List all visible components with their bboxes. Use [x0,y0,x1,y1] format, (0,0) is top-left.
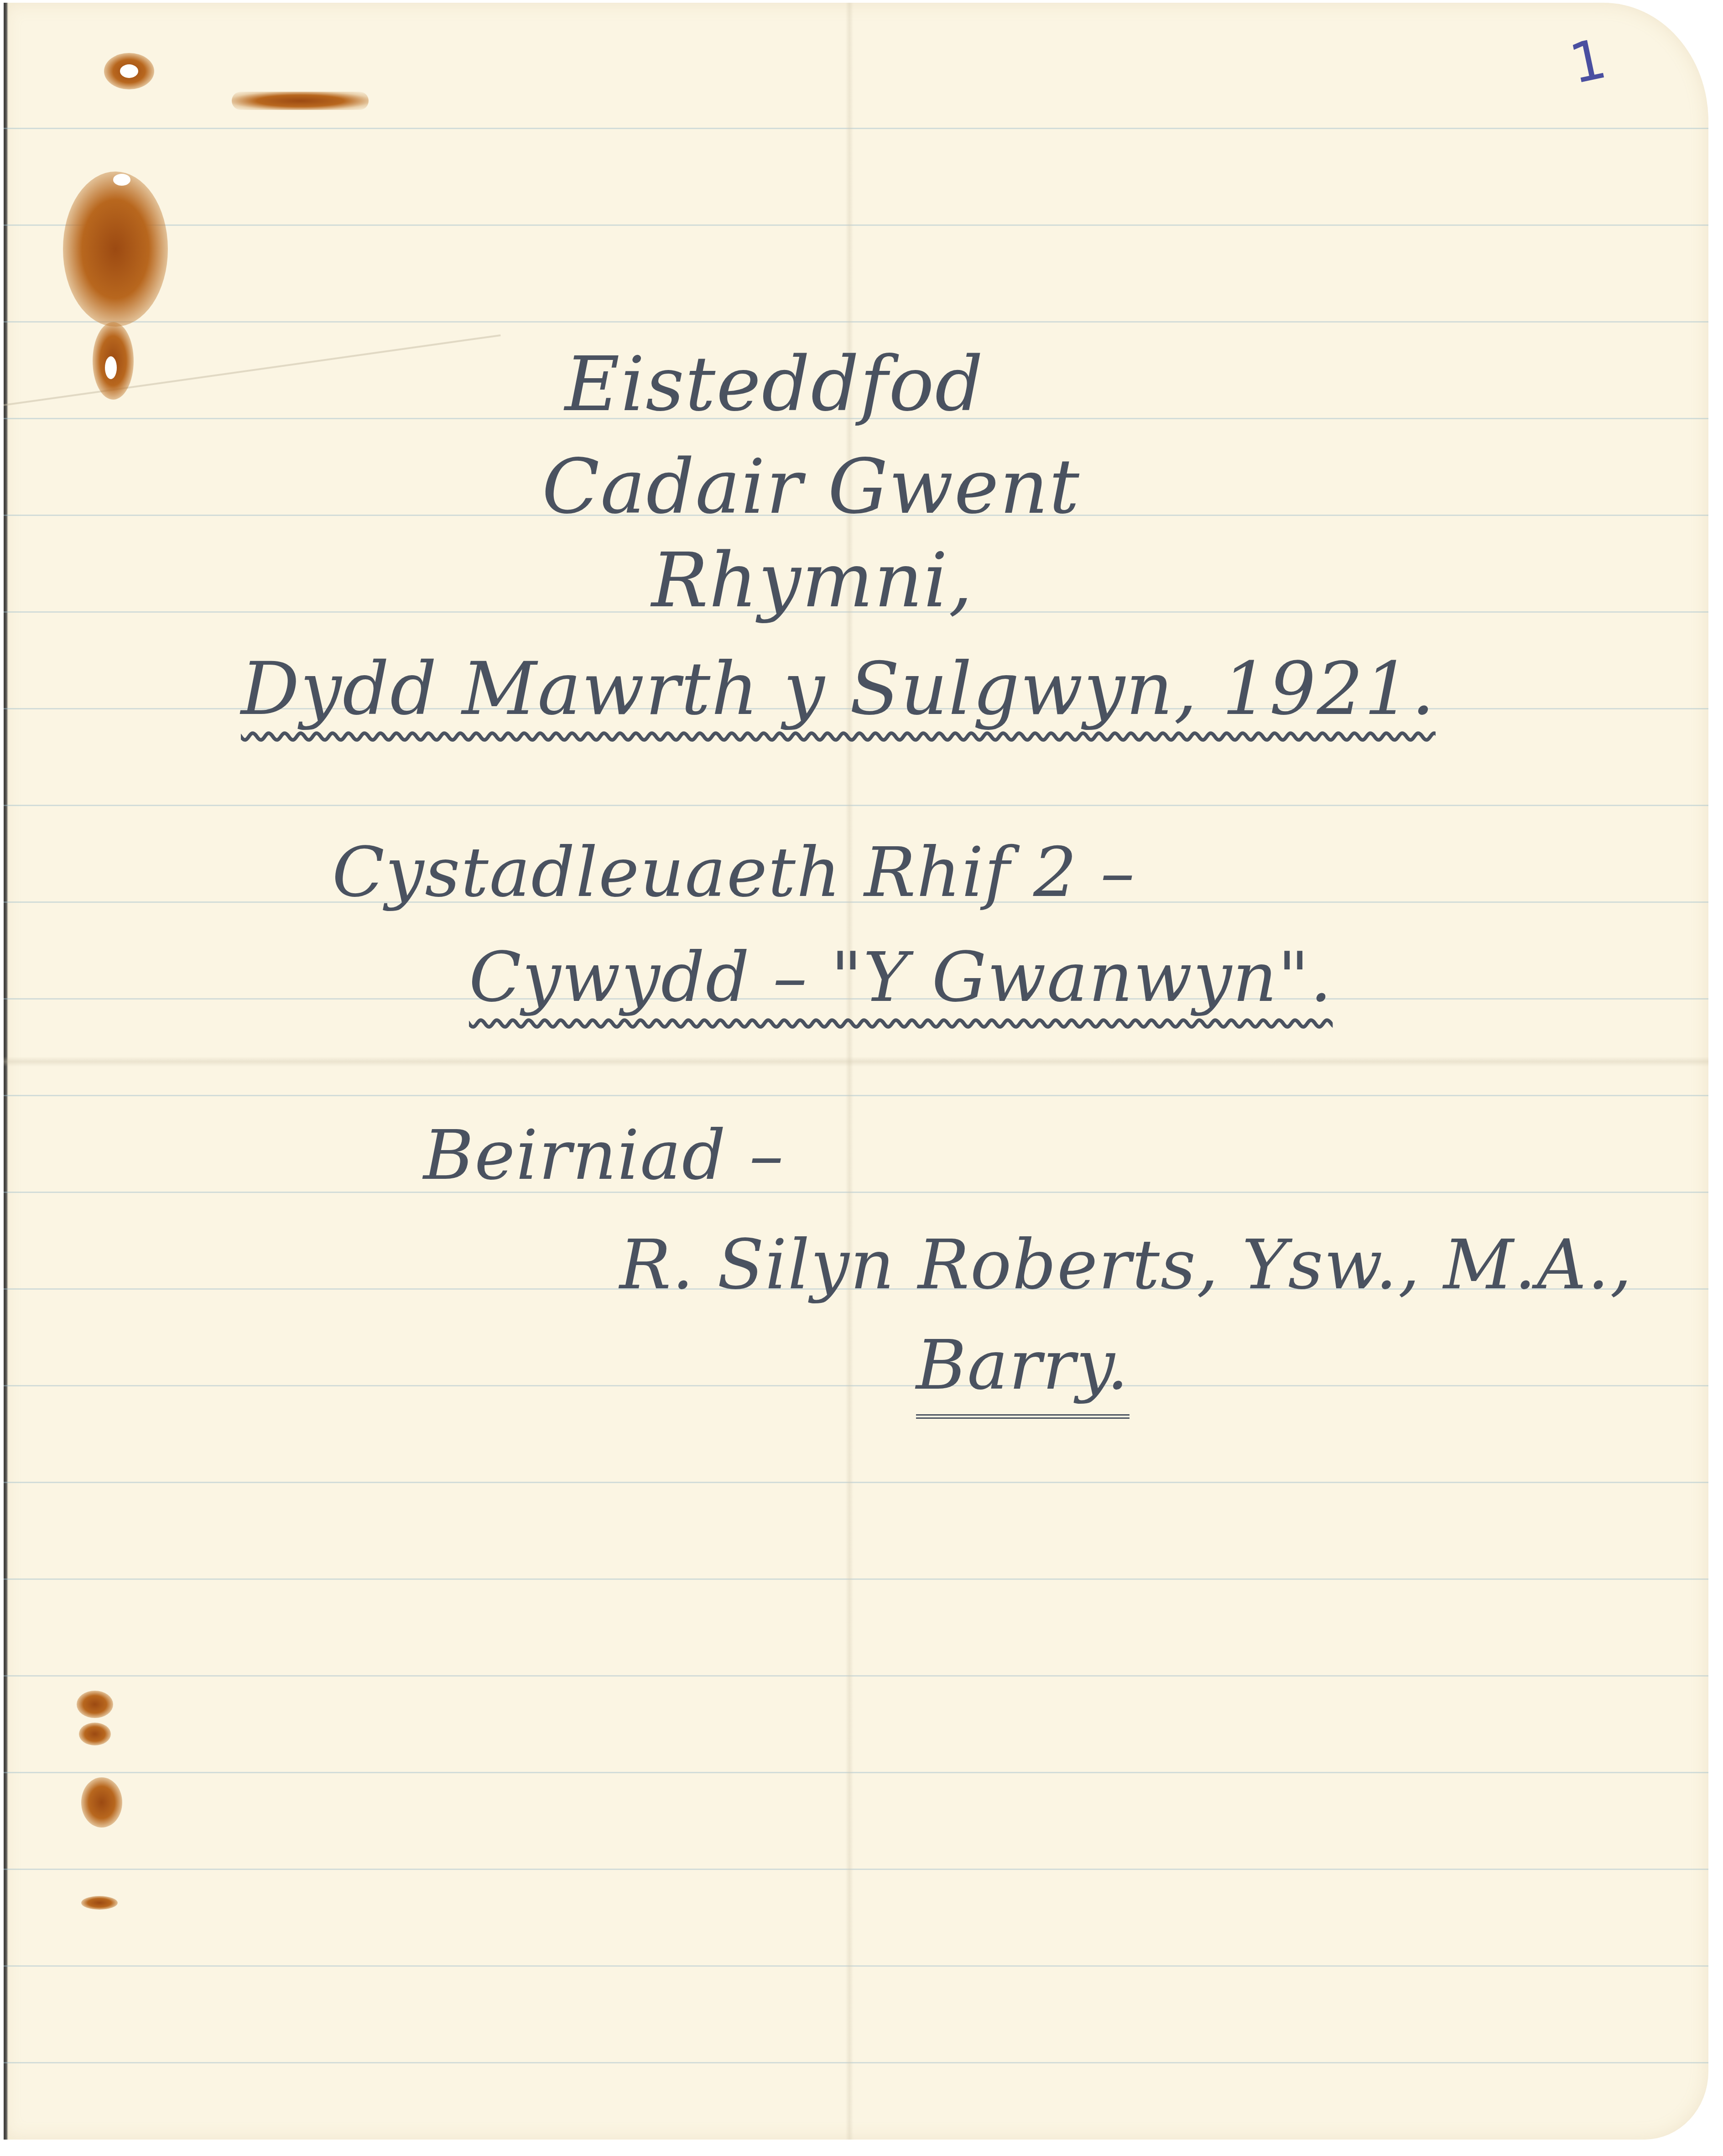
ruled-line [4,805,1708,806]
paper-crease [4,334,501,406]
rust-stain [63,172,168,327]
competition-subject: Cywydd – "Y Gwanwyn". [469,938,1333,1017]
staple-hole [120,64,138,78]
scan-edge-shadow [4,3,8,2140]
vertical-fold [845,3,854,2140]
title-eisteddfod: Eisteddfod [565,340,984,428]
rust-stain [81,1777,122,1828]
place-name: Rhymni, [651,536,973,624]
staple-hole [105,356,117,379]
competition-number: Cystadleuaeth Rhif 2 – [332,833,1135,912]
rust-stain [232,92,369,110]
rust-stain [77,1691,113,1718]
ruled-line [4,1482,1708,1483]
horizontal-fold [4,1057,1708,1067]
ruled-line [4,1385,1708,1386]
adjudicator-name: R. Silyn Roberts, Ysw., M.A., [619,1225,1633,1305]
rust-stain [81,1896,118,1910]
adjudicator-label: Beirniad – [423,1116,784,1195]
ruled-line [4,2062,1708,2063]
ruled-line [4,1869,1708,1870]
ruled-line [4,224,1708,226]
ruled-line [4,1772,1708,1773]
ruled-line [4,128,1708,129]
staple-hole [113,174,130,186]
rust-stain [79,1723,111,1745]
ruled-line [4,1675,1708,1677]
date-line: Dydd Mawrth y Sulgwyn, 1921. [241,646,1436,731]
ruled-line [4,1095,1708,1096]
ruled-line [4,321,1708,323]
adjudicator-town: Barry. [916,1326,1130,1419]
page-number: 1 [1564,27,1612,97]
ruled-line [4,1578,1708,1580]
ruled-line [4,1965,1708,1967]
event-name: Cadair Gwent [542,443,1080,531]
ruled-line [4,1192,1708,1193]
paper-sheet: 1 Eisteddfod Cadair Gwent Rhymni, Dydd M… [4,3,1708,2140]
